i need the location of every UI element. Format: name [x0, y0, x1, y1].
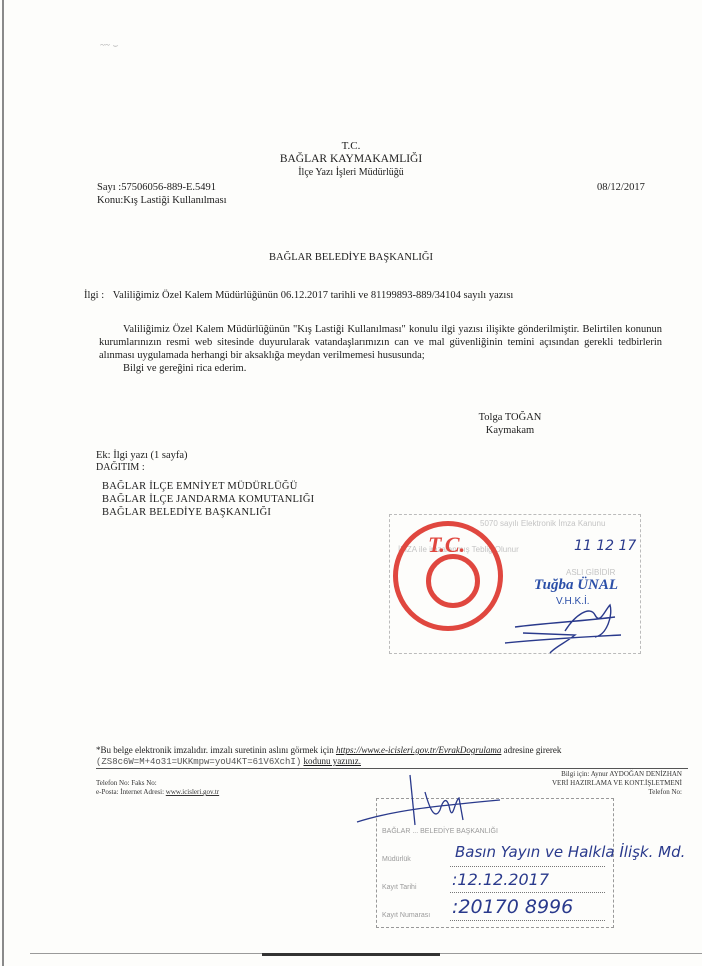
body-paragraph-2: Bilgi ve gereğini rica ederim. [99, 362, 662, 375]
document-number: Sayı :57506056-889-E.5491 [97, 181, 216, 194]
verification-code: (ZS8c6W=M+4o31=UKKmpw=yoU4KT=61V6XchI) [96, 757, 301, 767]
info-line: VERİ HAZIRLAMA VE KONT.İŞLETMENİ [552, 779, 682, 788]
esign-note: *Bu belge elektronik imzalıdır. imzalı s… [96, 745, 696, 756]
dotted-line [450, 866, 605, 867]
recipient: BAĞLAR BELEDİYE BAŞKANLIĞI [0, 251, 702, 264]
distribution-item: BAĞLAR İLÇE EMNİYET MÜDÜRLÜĞÜ [102, 480, 314, 493]
registry-header-text: BAĞLAR ... BELEDİYE BAŞKANLIĞI [382, 828, 498, 835]
number-label: Sayı [97, 182, 116, 193]
letter-body: Valiliğimiz Özel Kalem Müdürlüğünün "Kış… [99, 323, 662, 375]
header-country: T.C. [0, 140, 702, 153]
esign-suffix: adresine girerek [504, 745, 562, 755]
pencil-scribble: ~~ ⌣ [100, 40, 118, 51]
dotted-line [450, 920, 605, 921]
stamp-faint-text: 5070 sayılı Elektronik İmza Kanunu [480, 519, 605, 528]
registry-number-label: Kayıt Numarası [382, 912, 430, 919]
info-line: Telefon No: [552, 788, 682, 797]
stamp-faint-text: ASLI GİBİDİR [566, 568, 615, 577]
distribution-item: BAĞLAR İLÇE JANDARMA KOMUTANLIĞI [102, 493, 314, 506]
document-date: 08/12/2017 [597, 181, 645, 194]
subject-label: Konu [97, 195, 120, 206]
info-contact: Bilgi için: Aynur AYDOĞAN DENİZHAN VERİ … [552, 770, 682, 797]
verification-suffix: kodunu yazınız. [303, 756, 361, 766]
document-subject: Konu:Kış Lastiği Kullanılması [97, 194, 227, 207]
reference-label: İlgi : [84, 290, 104, 301]
distribution-item: BAĞLAR BELEDİYE BAŞKANLIĞI [102, 506, 314, 519]
header-department: İlçe Yazı İşleri Müdürlüğü [0, 166, 702, 179]
crescent-star-icon [426, 554, 480, 608]
distribution-label: DAĞITIM : [96, 461, 145, 474]
scan-edge-mark [262, 953, 440, 956]
registry-date-label: Kayıt Tarihi [382, 884, 417, 891]
signer-title: Kaymakam [450, 424, 570, 437]
info-line: Bilgi için: Aynur AYDOĞAN DENİZHAN [552, 770, 682, 779]
registry-date-value: :12.12.2017 [452, 870, 549, 889]
official-seal: T.C. [393, 521, 503, 631]
registry-directorate-value: Basın Yayın ve Halkla İlişk. Md. [455, 843, 685, 861]
signer-name: Tolga TOĞAN [450, 411, 570, 424]
body-paragraph-1: Valiliğimiz Özel Kalem Müdürlüğünün "Kış… [99, 323, 662, 362]
website-link[interactable]: www.icisleri.gov.tr [166, 788, 219, 796]
email-web-label: e-Posta: İnternet Adresi: [96, 788, 164, 796]
footer-divider [96, 768, 688, 769]
reference-text: Valiliğimiz Özel Kalem Müdürlüğünün 06.1… [113, 290, 514, 301]
distribution-list: BAĞLAR İLÇE EMNİYET MÜDÜRLÜĞÜ BAĞLAR İLÇ… [102, 480, 314, 519]
dotted-line [450, 892, 605, 893]
verification-line: (ZS8c6W=M+4o31=UKKmpw=yoU4KT=61V6XchI) k… [96, 756, 361, 768]
email-web: e-Posta: İnternet Adresi: www.icisleri.g… [96, 788, 219, 797]
phone-fax: Telefon No: Faks No: [96, 779, 157, 788]
header-institution: BAĞLAR KAYMAKAMLIĞI [0, 153, 702, 166]
handwritten-signature [495, 595, 625, 655]
registry-directorate-label: Müdürlük [382, 856, 411, 863]
initials-scribble [355, 770, 505, 830]
registry-number-value: :20170 8996 [452, 896, 573, 918]
esign-prefix: *Bu belge elektronik imzalıdır. imzalı s… [96, 745, 334, 755]
verification-link[interactable]: https://www.e-icisleri.gov.tr/EvrakDogru… [336, 745, 501, 755]
officer-name: Tuğba ÜNAL [534, 577, 618, 594]
received-date: 11 12 17 [574, 538, 636, 554]
subject-value: :Kış Lastiği Kullanılması [120, 195, 226, 206]
number-value: :57506056-889-E.5491 [118, 182, 216, 193]
reference: İlgi : Valiliğimiz Özel Kalem Müdürlüğün… [84, 289, 644, 302]
